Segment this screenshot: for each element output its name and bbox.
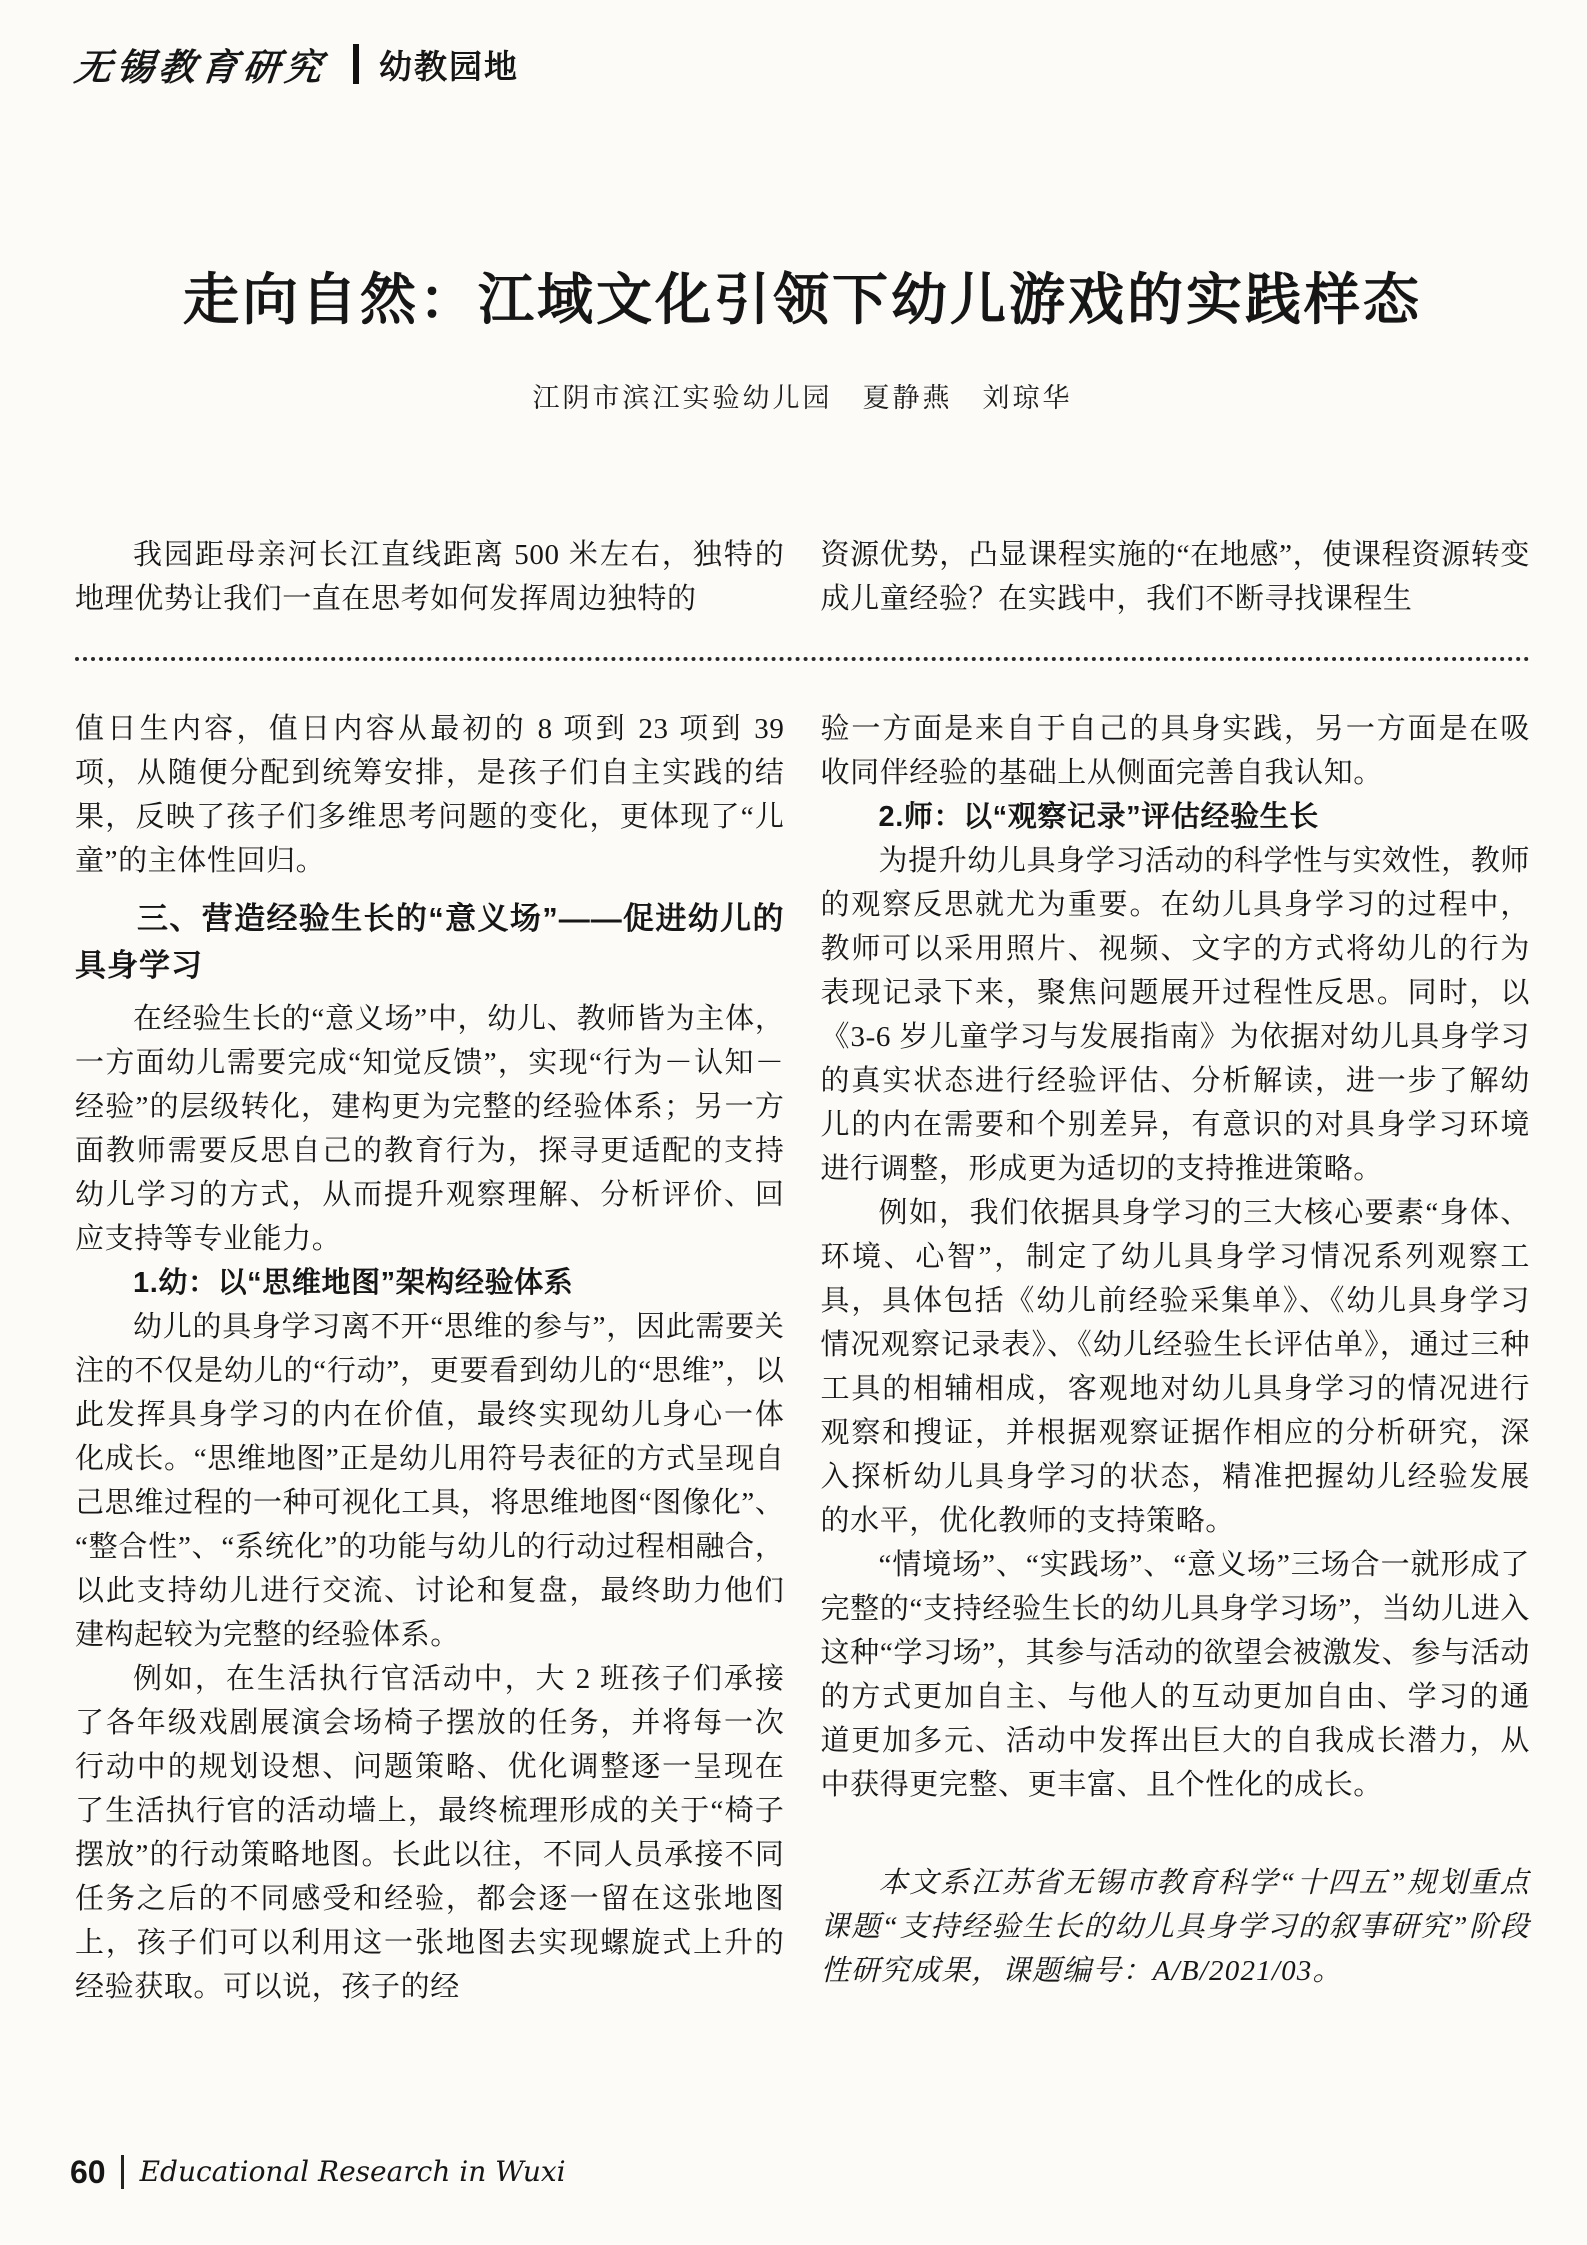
intro-paragraph-right: 资源优势，凸显课程实施的“在地感”，使课程资源转变成儿童经验？在实践中，我们不断… xyxy=(821,533,1531,621)
paragraph: 例如，在生活执行官活动中，大 2 班孩子们承接了各年级戏剧展演会场椅子摆放的任务… xyxy=(75,1657,785,2009)
section-label: 幼教园地 xyxy=(379,41,519,88)
sub-heading: 1.幼：以“思维地图”架构经验体系 xyxy=(75,1261,785,1305)
left-column: 值日生内容，值日内容从最初的 8 项到 23 项到 39 项，从随便分配到统筹安… xyxy=(75,707,785,2009)
journal-english-title: Educational Research in Wuxi xyxy=(121,2155,566,2189)
body-section: 值日生内容，值日内容从最初的 8 项到 23 项到 39 项，从随便分配到统筹安… xyxy=(75,707,1530,2009)
dotted-separator xyxy=(75,657,1530,661)
journal-logo: 无锡教育研究 xyxy=(72,37,330,91)
funding-note: 本文系江苏省无锡市教育科学“十四五”规划重点课题“支持经验生长的幼儿具身学习的叙… xyxy=(821,1861,1531,1993)
intro-right-column: 资源优势，凸显课程实施的“在地感”，使课程资源转变成儿童经验？在实践中，我们不断… xyxy=(821,533,1531,621)
paragraph: 幼儿的具身学习离不开“思维的参与”，因此需要关注的不仅是幼儿的“行动”，更要看到… xyxy=(75,1305,785,1657)
header-divider xyxy=(353,44,359,84)
right-column: 验一方面是来自于自己的具身实践，另一方面是在吸收同伴经验的基础上从侧面完善自我认… xyxy=(821,707,1531,2009)
paragraph: 验一方面是来自于自己的具身实践，另一方面是在吸收同伴经验的基础上从侧面完善自我认… xyxy=(821,707,1531,795)
paragraph: 在经验生长的“意义场”中，幼儿、教师皆为主体，一方面幼儿需要完成“知觉反馈”，实… xyxy=(75,997,785,1261)
article-byline: 江阴市滨江实验幼儿园 夏静燕 刘琼华 xyxy=(75,376,1530,415)
paragraph: 为提升幼儿具身学习活动的科学性与实效性，教师的观察反思就尤为重要。在幼儿具身学习… xyxy=(821,839,1531,1191)
article-title: 走向自然：江域文化引领下幼儿游戏的实践样态 xyxy=(75,268,1530,334)
intro-section: 我园距母亲河长江直线距离 500 米左右，独特的地理优势让我们一直在思考如何发挥… xyxy=(75,533,1530,621)
section-heading: 三、营造经验生长的“意义场”——促进幼儿的具身学习 xyxy=(75,895,785,989)
page-number: 60 xyxy=(70,2156,106,2188)
intro-paragraph-left: 我园距母亲河长江直线距离 500 米左右，独特的地理优势让我们一直在思考如何发挥… xyxy=(75,533,785,621)
paragraph: 值日生内容，值日内容从最初的 8 项到 23 项到 39 项，从随便分配到统筹安… xyxy=(75,707,785,883)
paragraph: “情境场”、“实践场”、“意义场”三场合一就形成了完整的“支持经验生长的幼儿具身… xyxy=(821,1543,1531,1807)
page-header: 无锡教育研究 幼教园地 xyxy=(75,40,1530,88)
journal-page: 无锡教育研究 幼教园地 走向自然：江域文化引领下幼儿游戏的实践样态 江阴市滨江实… xyxy=(0,0,1587,2245)
paragraph: 例如，我们依据具身学习的三大核心要素“身体、环境、心智”，制定了幼儿具身学习情况… xyxy=(821,1191,1531,1543)
page-footer: 60 Educational Research in Wuxi xyxy=(70,2155,566,2189)
sub-heading: 2.师：以“观察记录”评估经验生长 xyxy=(821,795,1531,839)
intro-left-column: 我园距母亲河长江直线距离 500 米左右，独特的地理优势让我们一直在思考如何发挥… xyxy=(75,533,785,621)
